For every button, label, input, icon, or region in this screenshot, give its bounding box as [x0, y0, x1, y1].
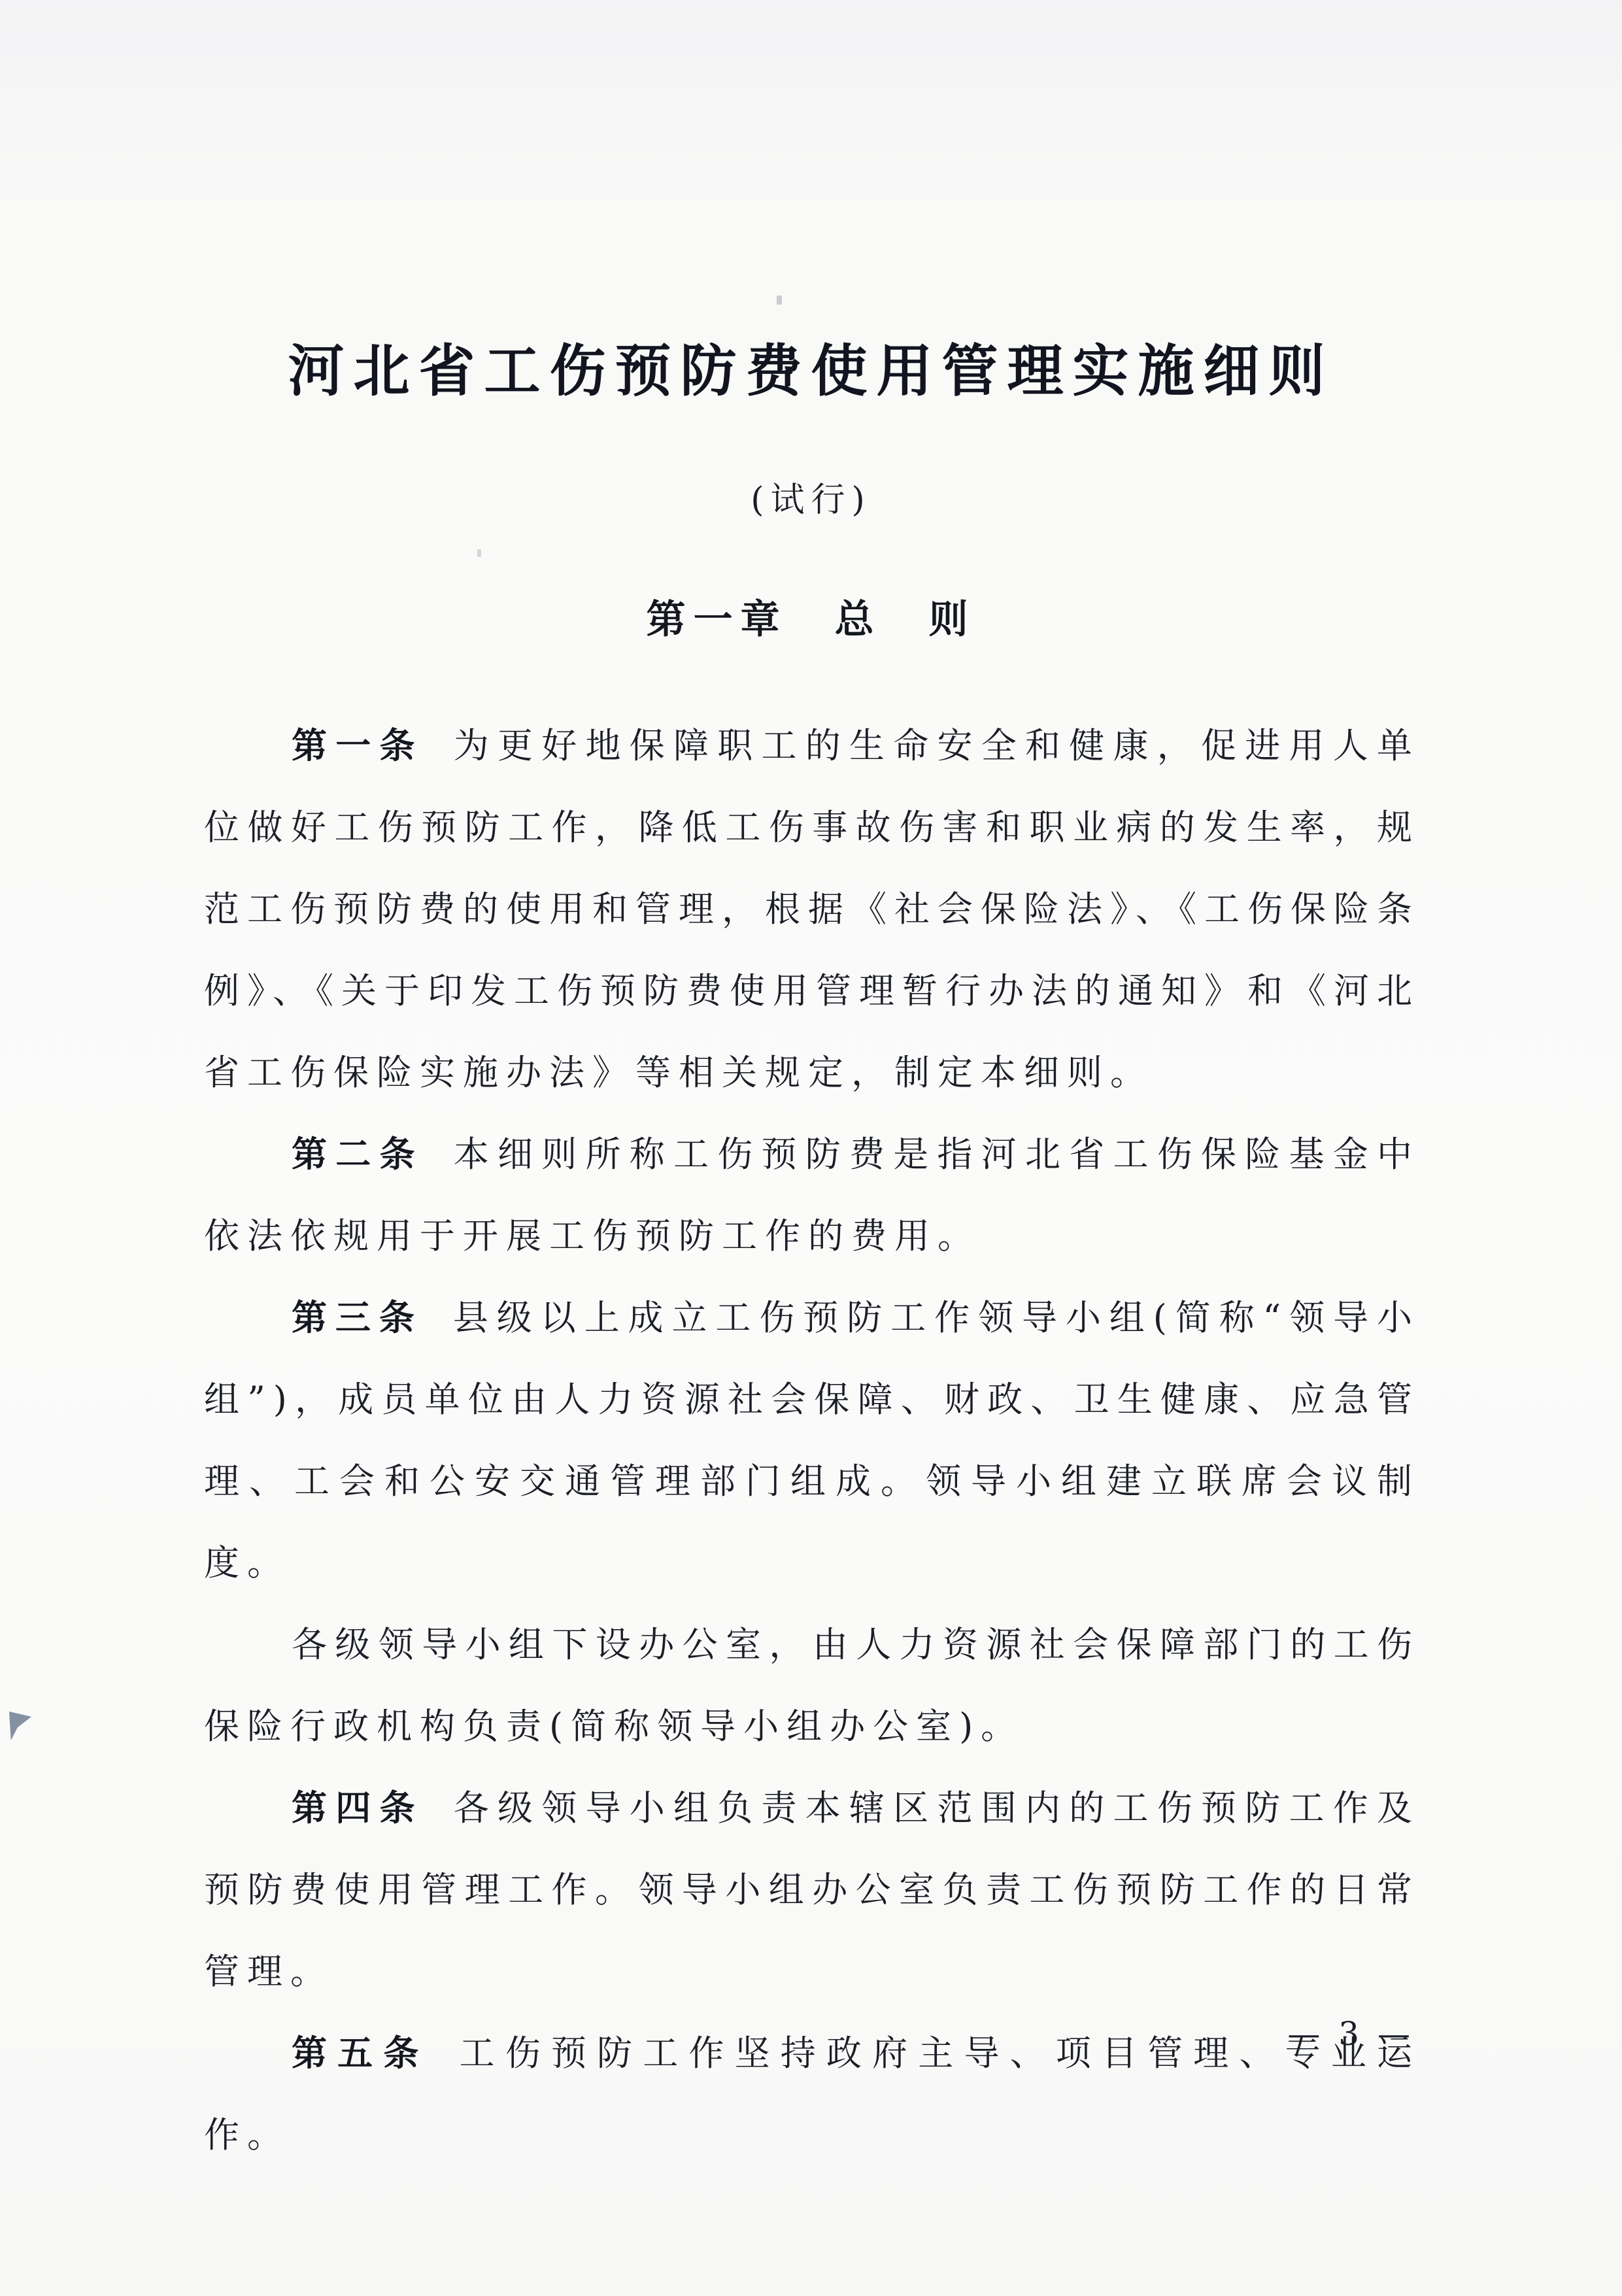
article-1-text: 为更好地保障职工的生命安全和健康，促进用人单位做好工伤预防工作，降低工伤事故伤害…: [204, 725, 1420, 1093]
chapter-heading: 第一章 总 则: [0, 588, 1622, 645]
article-3-text: 县级以上成立工伤预防工作领导小组(简称“领导小组”)，成员单位由人力资源社会保障…: [204, 1297, 1420, 1583]
page-number: — 3 —: [1287, 2015, 1414, 2053]
scanned-document-page: 河北省工伤预防费使用管理实施细则 (试行) 第一章 总 则 第一条为更好地保障职…: [0, 0, 1622, 2296]
article-4-paragraph: 第四条各级领导小组负责本辖区范围内的工伤预防工作及预防费使用管理工作。领导小组办…: [204, 1767, 1420, 2012]
document-subtitle: (试行): [0, 472, 1622, 521]
scan-artifact-mark: [9, 1712, 31, 1740]
article-3-continuation-text: 各级领导小组下设办公室，由人力资源社会保障部门的工伤保险行政机构负责(简称领导小…: [204, 1624, 1420, 1747]
document-body: 第一条为更好地保障职工的生命安全和健康，促进用人单位做好工伤预防工作，降低工伤事…: [204, 705, 1420, 2176]
document-title: 河北省工伤预防费使用管理实施细则: [0, 326, 1622, 407]
article-3-paragraph: 第三条县级以上成立工伤预防工作领导小组(简称“领导小组”)，成员单位由人力资源社…: [204, 1277, 1420, 1604]
scan-speck: [477, 549, 481, 557]
article-2-paragraph: 第二条本细则所称工伤预防费是指河北省工伤保险基金中依法依规用于开展工伤预防工作的…: [204, 1113, 1420, 1277]
scan-speck: [777, 295, 782, 305]
article-1-label: 第一条: [292, 725, 424, 766]
article-3-continuation-paragraph: 各级领导小组下设办公室，由人力资源社会保障部门的工伤保险行政机构负责(简称领导小…: [204, 1604, 1420, 1767]
article-2-label: 第二条: [292, 1134, 424, 1175]
article-5-label: 第五条: [292, 2033, 430, 2074]
article-4-label: 第四条: [292, 1787, 424, 1829]
article-5-paragraph: 第五条工伤预防工作坚持政府主导、项目管理、专业运作。: [204, 2012, 1420, 2176]
article-1-paragraph: 第一条为更好地保障职工的生命安全和健康，促进用人单位做好工伤预防工作，降低工伤事…: [204, 705, 1420, 1113]
article-3-label: 第三条: [292, 1297, 423, 1338]
